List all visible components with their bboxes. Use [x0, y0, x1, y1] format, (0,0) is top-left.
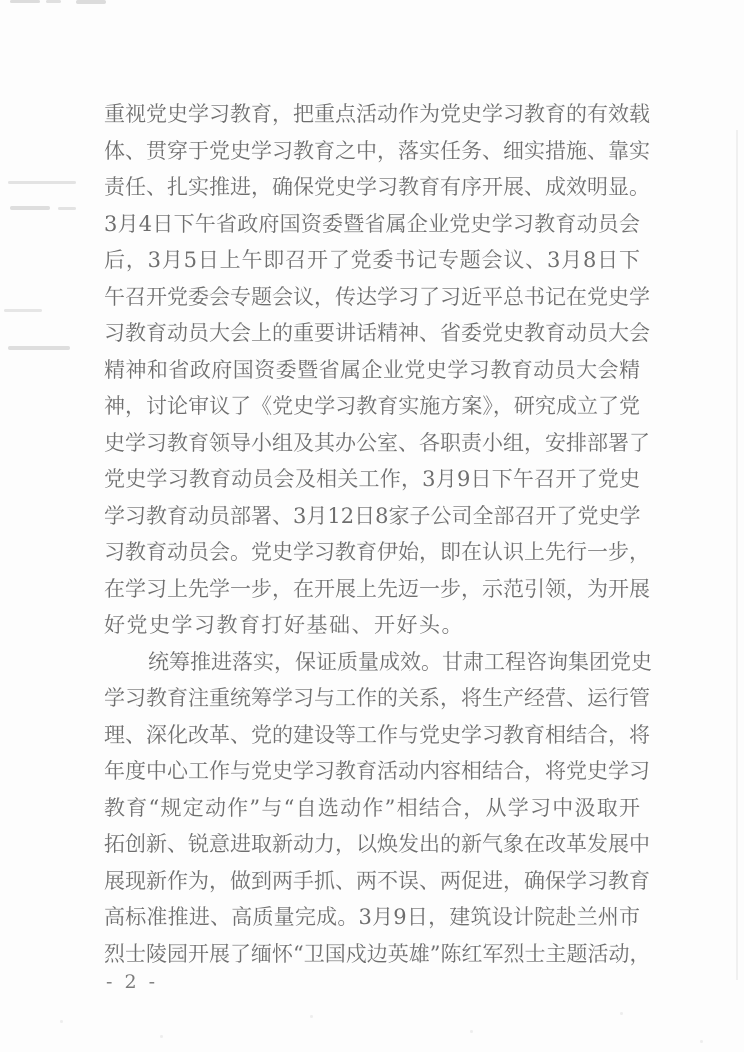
text-line: 学习教育注重统筹学习与工作的关系，将生产经营、运行管 — [104, 680, 640, 717]
text-line: 学习教育动员部署、3月12日8家子公司全部召开了党史学 — [104, 498, 640, 535]
scan-noise-speck — [310, 1015, 313, 1018]
scan-artifact-left-margin — [8, 181, 76, 184]
text-line: 在学习上先学一步，在开展上先迈一步，示范引领，为开展 — [104, 571, 640, 608]
text-line: 理、深化改革、党的建设等工作与党史学习教育相结合，将 — [104, 717, 640, 754]
text-line: 好党史学习教育打好基础、开好头。 — [104, 607, 640, 644]
scan-noise-speck — [470, 1030, 473, 1033]
text-line: 精神和省政府国资委暨省属企业党史学习教育动员大会精 — [104, 352, 640, 389]
scan-noise-speck — [160, 1035, 163, 1038]
text-line: 教育“规定动作”与“自选动作”相结合，从学习中汲取开 — [104, 790, 640, 827]
page-number: - 2 - — [106, 970, 158, 994]
text-line: 烈士陵园开展了缅怀“卫国戍边英雄”陈红军烈士主题活动， — [104, 936, 640, 973]
text-line-paragraph-start: 统筹推进落实，保证质量成效。甘肃工程咨询集团党史 — [104, 644, 640, 681]
scan-noise-speck — [620, 1012, 623, 1015]
scan-noise-speck — [700, 1040, 703, 1043]
text-line: 午召开党委会专题会议，传达学习了习近平总书记在党史学 — [104, 279, 640, 316]
text-line: 后，3月5日上午即召开了党委书记专题会议、3月8日下 — [104, 242, 640, 279]
text-line: 年度中心工作与党史学习教育活动内容相结合，将党史学习 — [104, 753, 640, 790]
scan-artifact-left-margin — [4, 309, 42, 312]
text-line: 习教育动员会。党史学习教育伊始，即在认识上先行一步， — [104, 534, 640, 571]
scan-artifact-top — [46, 0, 61, 3]
scan-artifact-left-margin — [10, 206, 50, 210]
text-line: 习教育动员大会上的重要讲话精神、省委党史教育动员大会 — [104, 315, 640, 352]
text-line: 高标准推进、高质量完成。3月9日，建筑设计院赴兰州市 — [104, 899, 640, 936]
text-line: 党史学习教育动员会及相关工作，3月9日下午召开了党史 — [104, 461, 640, 498]
scan-noise-speck — [60, 1020, 63, 1023]
scan-artifact-top — [76, 0, 106, 4]
document-body: 重视党史学习教育，把重点活动作为党史学习教育的有效载 体、贯穿于党史学习教育之中… — [104, 96, 640, 972]
text-line: 拓创新、锐意进取新动力，以焕发出的新气象在改革发展中 — [104, 826, 640, 863]
text-line: 3月4日下午省政府国资委暨省属企业党史学习教育动员会 — [104, 206, 640, 243]
text-line: 责任、扎实推进，确保党史学习教育有序开展、成效明显。 — [104, 169, 640, 206]
scan-edge-line — [736, 130, 738, 980]
text-line: 史学习教育领导小组及其办公室、各职责小组，安排部署了 — [104, 425, 640, 462]
text-line: 重视党史学习教育，把重点活动作为党史学习教育的有效载 — [104, 96, 640, 133]
text-line: 体、贯穿于党史学习教育之中，落实任务、细实措施、靠实 — [104, 133, 640, 170]
text-line: 展现新作为，做到两手抓、两不误、两促进，确保学习教育 — [104, 863, 640, 900]
text-line: 神，讨论审议了《党史学习教育实施方案》，研究成立了党 — [104, 388, 640, 425]
scan-artifact-left-margin — [8, 346, 70, 350]
scan-artifact-left-margin — [58, 207, 76, 210]
scanned-document-page: 重视党史学习教育，把重点活动作为党史学习教育的有效载 体、贯穿于党史学习教育之中… — [0, 0, 744, 1052]
scan-artifact-top — [10, 0, 40, 3]
